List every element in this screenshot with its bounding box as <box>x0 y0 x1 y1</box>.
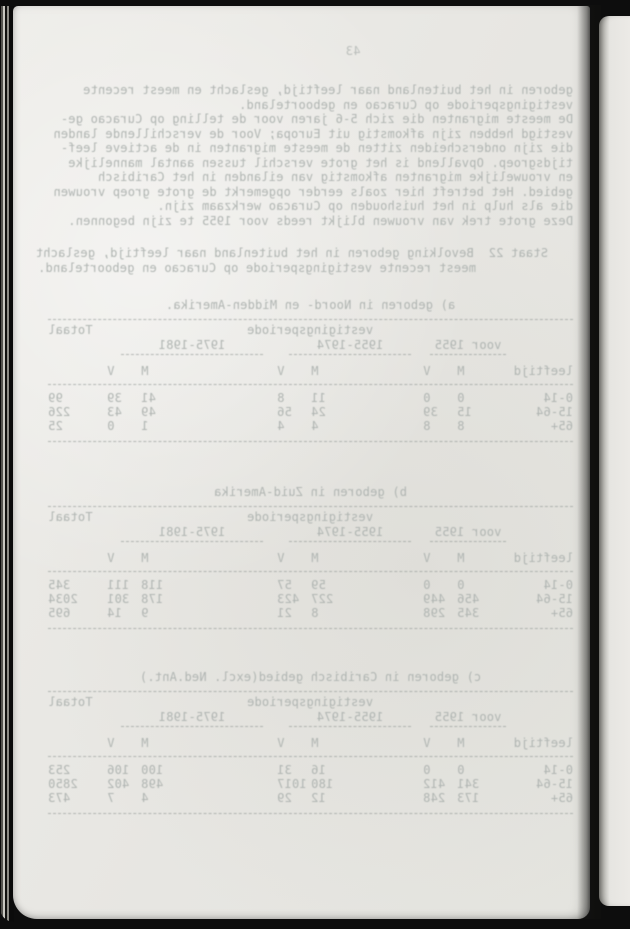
value-cell: 402 <box>107 777 141 792</box>
period-underline <box>121 726 264 727</box>
value-cell: 341 <box>457 777 513 792</box>
table-rule <box>48 506 573 507</box>
male-column-header: M <box>311 736 423 752</box>
period-col-group: 1955-1974 <box>277 338 423 353</box>
male-column-header: M <box>141 736 277 752</box>
age-cell: 65+ <box>513 791 573 806</box>
table-title: a) geboren in Noord- en Midden-Amerika. <box>48 298 573 312</box>
paragraph-line: tijdsgroep. Opvallend is het grote versc… <box>28 156 573 171</box>
paragraph-line: Deze grote trek van vrouwen blijkt reeds… <box>28 214 573 229</box>
paragraph-line: vestigd hebben zijn afkomstig uit Europa… <box>28 127 573 142</box>
period-header: vestigingsperiode <box>107 510 513 525</box>
male-column-header: M <box>457 364 513 380</box>
period-group-row: voor 19551955-19741975-1981 <box>48 710 573 724</box>
value-cell: 12 <box>311 791 423 806</box>
total-cell: 25 <box>48 419 107 434</box>
scanned-page: 43 geboren in het buitenland naar leefti… <box>13 6 590 919</box>
mirrored-bleedthrough-content: 43 geboren in het buitenland naar leefti… <box>13 6 590 919</box>
paragraph-line: gebied. Het betreft hier zoals eerder op… <box>28 185 573 200</box>
table-row: 65+88441025 <box>48 419 573 433</box>
age-column-header: leeftijd <box>513 736 573 752</box>
table-row: 0-14001631100106253 <box>48 763 573 777</box>
value-cell: 39 <box>107 391 141 406</box>
period-underline <box>289 726 412 727</box>
value-cell: 248 <box>423 791 457 806</box>
table-caribisch-gebied: c) geboren in Caribisch gebied(excl. Ned… <box>48 670 573 814</box>
age-cell: 0-14 <box>513 763 573 778</box>
table-rule <box>48 384 573 385</box>
column-header-row: leeftijdMVMVMV <box>48 736 573 752</box>
male-column-header: M <box>457 551 513 567</box>
age-cell: 65+ <box>513 419 573 434</box>
staat-22-caption: Staat 22 Bevolking geboren in het buiten… <box>28 246 548 275</box>
page-gutter-shadow <box>577 5 601 919</box>
male-column-header: M <box>141 364 277 380</box>
next-page-edge <box>599 16 630 906</box>
value-cell: 8 <box>311 606 423 621</box>
table-zuid-amerika: b) geboren in Zuid-Amerikavestigingsperi… <box>48 485 573 629</box>
value-cell: 16 <box>311 763 423 778</box>
book-scan: { "page_number": "43", "paragraph": { "l… <box>0 0 630 929</box>
age-cell: 65+ <box>513 606 573 621</box>
period-underline <box>289 541 412 542</box>
period-header: vestigingsperiode <box>107 695 513 710</box>
age-cell: 15-64 <box>513 592 573 607</box>
total-cell: 253 <box>48 763 107 778</box>
value-cell: 41 <box>141 391 277 406</box>
female-column-header: V <box>423 551 457 567</box>
value-cell: 7 <box>107 791 141 806</box>
table-row: 65+173248122947473 <box>48 791 573 805</box>
value-cell: 4 <box>141 791 277 806</box>
period-col-group: voor 1955 <box>423 338 513 353</box>
value-cell: 21 <box>277 606 311 621</box>
table-row: 0-14005957118111345 <box>48 578 573 592</box>
period-col-group: 1975-1981 <box>107 338 277 353</box>
table-rule <box>48 319 573 320</box>
value-cell: 1017 <box>277 777 311 792</box>
table-rule <box>48 813 573 814</box>
female-column-header: V <box>107 364 141 380</box>
value-cell: 106 <box>107 763 141 778</box>
value-cell: 31 <box>277 763 311 778</box>
value-cell: 498 <box>141 777 277 792</box>
period-underline <box>430 541 506 542</box>
period-underline <box>430 354 506 355</box>
value-cell: 301 <box>107 592 141 607</box>
female-column-header: V <box>423 364 457 380</box>
total-column-header: Totaal <box>48 695 107 710</box>
period-col-group: 1975-1981 <box>107 710 277 725</box>
paragraph-line: geboren in het buitenland naar leeftijd,… <box>28 83 573 98</box>
value-cell: 57 <box>277 578 311 593</box>
value-cell: 0 <box>423 391 457 406</box>
female-column-header: V <box>277 551 311 567</box>
value-cell: 100 <box>141 763 277 778</box>
total-cell: 473 <box>48 791 107 806</box>
period-underline-row <box>48 352 573 364</box>
period-underline <box>430 726 506 727</box>
table-title: c) geboren in Caribisch gebied(excl. Ned… <box>48 670 573 684</box>
period-col-group: 1975-1981 <box>107 525 277 540</box>
value-cell: 4 <box>311 419 423 434</box>
value-cell: 8 <box>423 419 457 434</box>
value-cell: 173 <box>457 791 513 806</box>
table-rule <box>48 691 573 692</box>
value-cell: 0 <box>107 419 141 434</box>
value-cell: 449 <box>423 592 457 607</box>
table-title: b) geboren in Zuid-Amerika <box>48 485 573 499</box>
value-cell: 0 <box>457 763 513 778</box>
female-column-header: V <box>277 364 311 380</box>
table-row: 15-6434141218010174984022850 <box>48 777 573 791</box>
age-column-header: leeftijd <box>513 551 573 567</box>
value-cell: 227 <box>311 592 423 607</box>
female-column-header: V <box>277 736 311 752</box>
table-grid: vestigingsperiodeTotaalvoor 19551955-197… <box>48 319 573 442</box>
total-cell: 2034 <box>48 592 107 607</box>
paragraph-line: De meeste migranten die zich 5-6 jaren v… <box>28 112 573 127</box>
value-cell: 345 <box>457 606 513 621</box>
value-cell: 24 <box>311 405 423 420</box>
table-rule <box>48 571 573 572</box>
caption-line: Staat 22 Bevolking geboren in het buiten… <box>28 246 548 261</box>
paragraph-line: vestigingsperiode op Curacao en geboorte… <box>28 98 573 113</box>
female-column-header: V <box>107 736 141 752</box>
period-group-row: voor 19551955-19741975-1981 <box>48 338 573 352</box>
period-col-group: voor 1955 <box>423 710 513 725</box>
value-cell: 14 <box>107 606 141 621</box>
value-cell: 412 <box>423 777 457 792</box>
table-rule <box>48 756 573 757</box>
total-cell: 226 <box>48 405 107 420</box>
table-grid: vestigingsperiodeTotaalvoor 19551955-197… <box>48 506 573 629</box>
value-cell: 9 <box>141 606 277 621</box>
value-cell: 111 <box>107 578 141 593</box>
age-cell: 0-14 <box>513 391 573 406</box>
value-cell: 0 <box>423 578 457 593</box>
period-header: vestigingsperiode <box>107 323 513 338</box>
value-cell: 118 <box>141 578 277 593</box>
column-header-row: leeftijdMVMVMV <box>48 364 573 380</box>
table-rule <box>48 628 573 629</box>
period-underline-row <box>48 539 573 551</box>
value-cell: 56 <box>277 405 311 420</box>
table-header-row: vestigingsperiodeTotaal <box>48 510 573 525</box>
book-page-stack-edge <box>0 6 14 922</box>
value-cell: 0 <box>457 391 513 406</box>
value-cell: 423 <box>277 592 311 607</box>
value-cell: 0 <box>457 578 513 593</box>
value-cell: 49 <box>141 405 277 420</box>
value-cell: 59 <box>311 578 423 593</box>
table-header-row: vestigingsperiodeTotaal <box>48 695 573 710</box>
table-row: 15-64153924564943226 <box>48 405 573 419</box>
male-column-header: M <box>311 551 423 567</box>
value-cell: 0 <box>423 763 457 778</box>
table-grid: vestigingsperiodeTotaalvoor 19551955-197… <box>48 691 573 814</box>
total-column-header: Totaal <box>48 323 107 338</box>
value-cell: 29 <box>277 791 311 806</box>
period-col-group: voor 1955 <box>423 525 513 540</box>
male-column-header: M <box>141 551 277 567</box>
period-underline <box>289 354 412 355</box>
value-cell: 15 <box>457 405 513 420</box>
total-cell: 2850 <box>48 777 107 792</box>
age-cell: 15-64 <box>513 405 573 420</box>
period-group-row: voor 19551955-19741975-1981 <box>48 525 573 539</box>
table-header-row: vestigingsperiodeTotaal <box>48 323 573 338</box>
age-cell: 15-64 <box>513 777 573 792</box>
value-cell: 8 <box>277 391 311 406</box>
total-cell: 695 <box>48 606 107 621</box>
value-cell: 456 <box>457 592 513 607</box>
period-underline <box>121 354 264 355</box>
value-cell: 180 <box>311 777 423 792</box>
page-number: 43 <box>333 44 373 59</box>
age-cell: 0-14 <box>513 578 573 593</box>
value-cell: 178 <box>141 592 277 607</box>
table-row: 65+345298821914695 <box>48 606 573 620</box>
period-underline <box>121 541 264 542</box>
total-cell: 345 <box>48 578 107 593</box>
value-cell: 39 <box>423 405 457 420</box>
table-row: 15-644564492274231783012034 <box>48 592 573 606</box>
period-underline-row <box>48 724 573 736</box>
body-paragraph: geboren in het buitenland naar leeftijd,… <box>28 83 573 228</box>
female-column-header: V <box>107 551 141 567</box>
male-column-header: M <box>457 736 513 752</box>
age-column-header: leeftijd <box>513 364 573 380</box>
caption-line: meest recente vestigingsperiode op Curac… <box>28 261 476 276</box>
male-column-header: M <box>311 364 423 380</box>
value-cell: 11 <box>311 391 423 406</box>
value-cell: 298 <box>423 606 457 621</box>
female-column-header: V <box>423 736 457 752</box>
paragraph-line: die als hulp in het huishouden op Curaca… <box>28 199 573 214</box>
period-col-group: 1955-1974 <box>277 710 423 725</box>
value-cell: 1 <box>141 419 277 434</box>
paragraph-line: die zijn onderscheiden zitten de meeste … <box>28 141 573 156</box>
value-cell: 4 <box>277 419 311 434</box>
table-rule <box>48 441 573 442</box>
value-cell: 8 <box>457 419 513 434</box>
paragraph-line: en vrouwelijke migranten afkomstig van e… <box>28 170 573 185</box>
period-col-group: 1955-1974 <box>277 525 423 540</box>
total-cell: 99 <box>48 391 107 406</box>
table-noord-midden-amerika: a) geboren in Noord- en Midden-Amerika.v… <box>48 298 573 442</box>
table-row: 0-1400118413999 <box>48 391 573 405</box>
column-header-row: leeftijdMVMVMV <box>48 551 573 567</box>
value-cell: 43 <box>107 405 141 420</box>
total-column-header: Totaal <box>48 510 107 525</box>
